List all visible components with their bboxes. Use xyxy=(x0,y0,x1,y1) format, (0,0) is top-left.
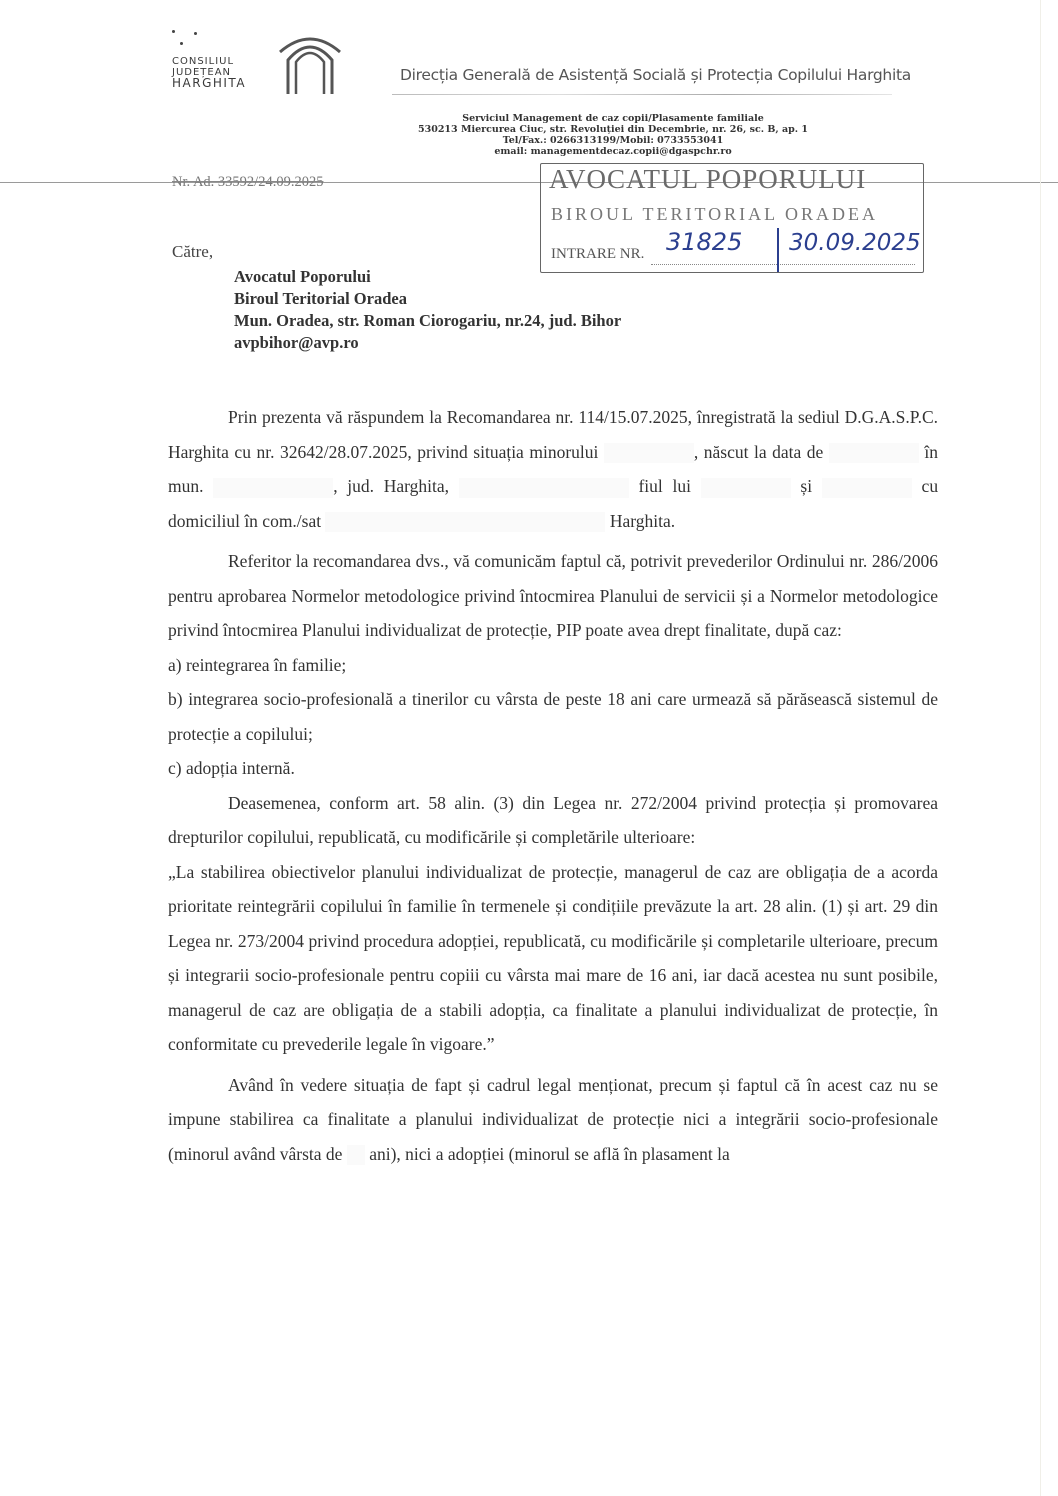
paragraph-legal-basis: Referitor la recomandarea dvs., vă comun… xyxy=(168,544,938,648)
redacted-parent xyxy=(701,478,791,498)
list-item-b: b) integrarea socio-profesională a tiner… xyxy=(168,682,938,751)
redacted-name xyxy=(604,443,694,463)
redacted-mother xyxy=(822,478,912,498)
recipient-address: Mun. Oradea, str. Roman Ciorogariu, nr.2… xyxy=(234,310,621,332)
list-item-a: a) reintegrarea în familie; xyxy=(168,648,938,683)
paragraph-conclusion: Având în vedere situația de fapt și cadr… xyxy=(168,1068,938,1172)
header-divider xyxy=(392,94,892,95)
service-phone: Tel/Fax.: 0266313199/Mobil: 0733553041 xyxy=(378,135,848,146)
redacted-city xyxy=(213,478,333,498)
service-email: email: managementdecaz.copii@dgaspchr.ro xyxy=(378,146,848,157)
redacted-address xyxy=(325,512,605,532)
recipient-office: Biroul Teritorial Oradea xyxy=(234,288,621,310)
stamp-office: BIROUL TERITORIAL ORADEA xyxy=(551,204,878,225)
letter-body: Prin prezenta vă răspundem la Recomandar… xyxy=(168,400,938,1171)
paragraph-intro: Prin prezenta vă răspundem la Recomandar… xyxy=(168,400,938,538)
service-contact-block: Serviciul Management de caz copii/Plasam… xyxy=(378,113,848,157)
logo-line-3: HARGHITA xyxy=(172,78,246,89)
stamp-entry-label: INTRARE NR. xyxy=(551,246,644,263)
stamp-dotted-line xyxy=(651,264,915,265)
salutation: Către, xyxy=(172,242,213,262)
logo-line-1: CONSILIUL xyxy=(172,56,246,67)
redacted-age xyxy=(347,1145,365,1165)
org-title: Direcția Generală de Asistență Socială ș… xyxy=(400,66,911,84)
reference-number: Nr. Ad. 33592/24.09.2025 xyxy=(172,174,323,191)
law-quote: „La stabilirea obiectivelor planului ind… xyxy=(168,855,938,1062)
stamp-entry-date: 30.09.2025 xyxy=(789,230,921,256)
list-item-c: c) adopția internă. xyxy=(168,751,938,786)
paragraph-law-reference: Deasemenea, conform art. 58 alin. (3) di… xyxy=(168,786,938,855)
stamp-entry-number: 31825 xyxy=(666,228,742,256)
recipient-block: Avocatul Poporului Biroul Teritorial Ora… xyxy=(234,266,621,354)
scan-edge xyxy=(1040,0,1041,1496)
redacted-birthdate xyxy=(829,443,919,463)
recipient-name: Avocatul Poporului xyxy=(234,266,621,288)
arch-logo-icon xyxy=(276,32,344,98)
council-logo-text: CONSILIUL JUDEȚEAN HARGHITA xyxy=(172,56,246,89)
registration-stamp: AVOCATUL POPORULUI BIROUL TERITORIAL ORA… xyxy=(540,163,924,273)
council-logo-stars xyxy=(172,30,212,52)
redacted-father xyxy=(459,478,629,498)
stamp-title: AVOCATUL POPORULUI xyxy=(549,164,866,195)
service-address: 530213 Miercurea Ciuc, str. Revoluției d… xyxy=(378,124,848,135)
service-name: Serviciul Management de caz copii/Plasam… xyxy=(378,113,848,124)
recipient-email: avpbihor@avp.ro xyxy=(234,332,621,354)
stamp-separator xyxy=(777,228,779,272)
